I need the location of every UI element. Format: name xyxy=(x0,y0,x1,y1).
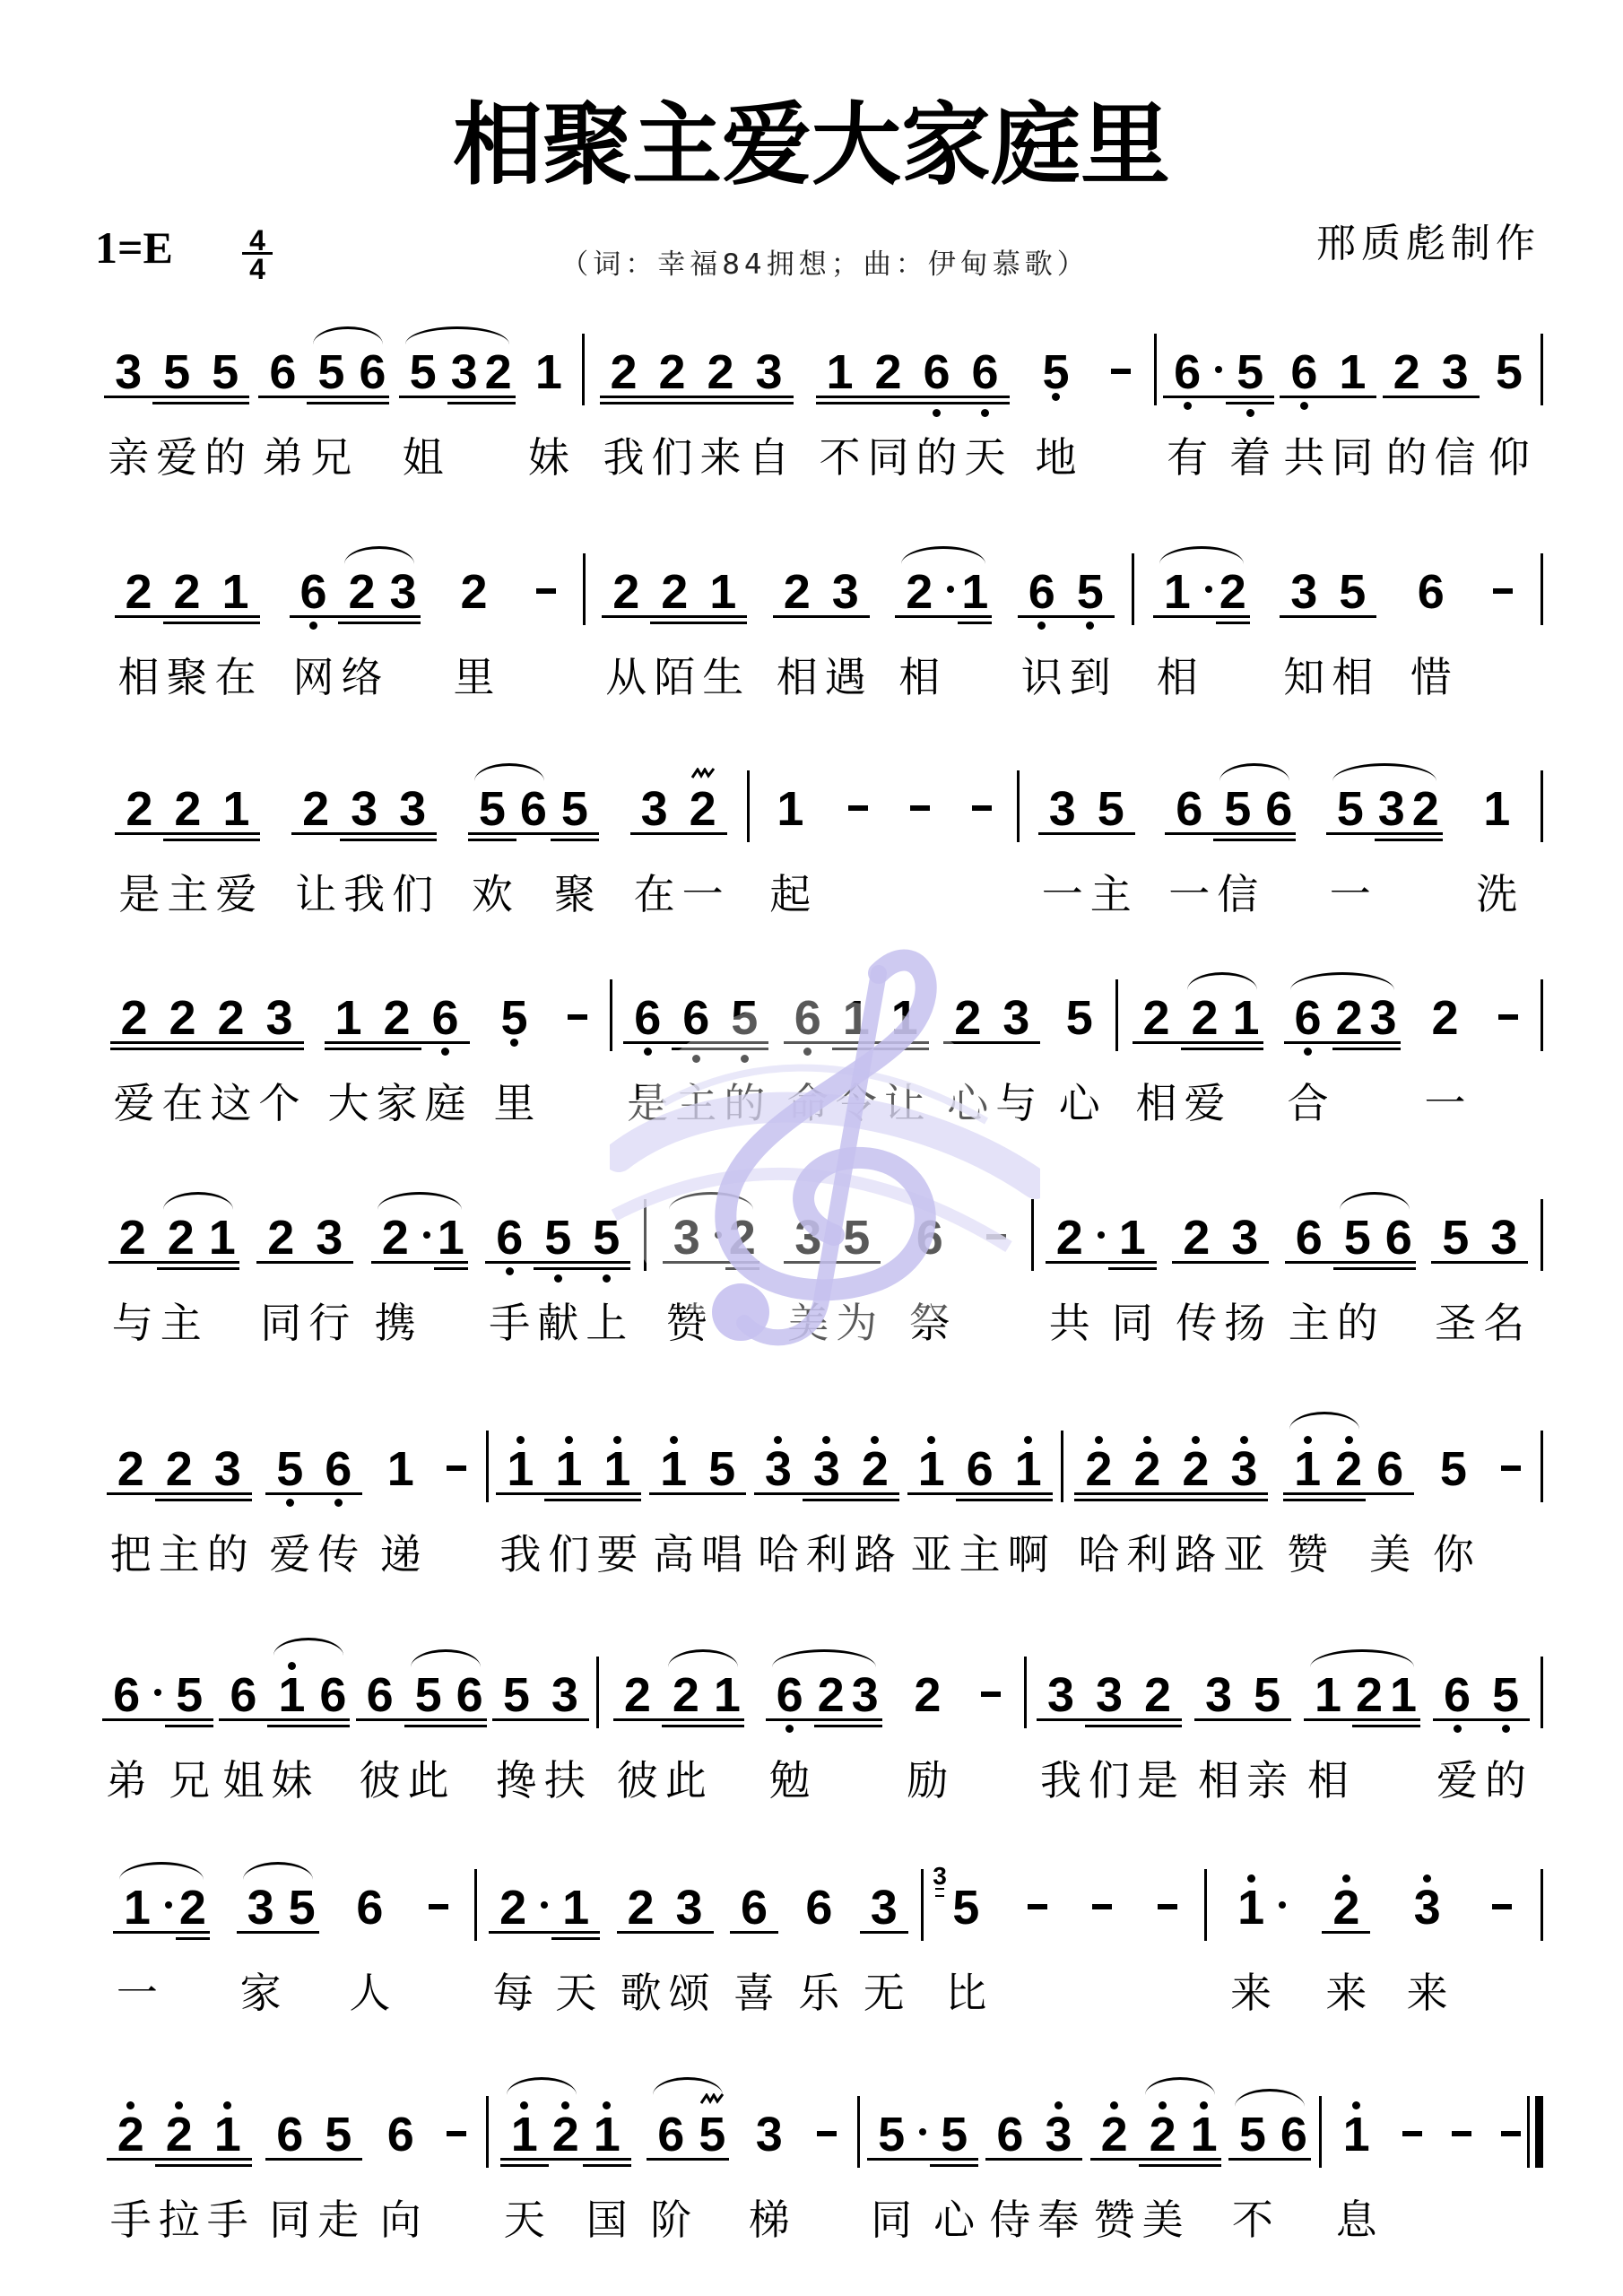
note: 6命 xyxy=(784,960,832,1139)
underline-beam xyxy=(1375,839,1409,841)
underline-beam xyxy=(1262,832,1296,835)
note-digit: 2 xyxy=(115,568,163,616)
note-digit: 3 xyxy=(305,1213,353,1262)
sustain-dash xyxy=(902,751,938,930)
note-digit: 3 xyxy=(256,994,304,1042)
note: 1 xyxy=(1229,960,1263,1139)
note-digit: 6 xyxy=(453,1671,487,1719)
underline-beam xyxy=(1280,396,1328,398)
underline-beam xyxy=(165,1725,213,1727)
note: 2来 xyxy=(697,314,745,493)
barline xyxy=(1541,1431,1543,1502)
beat-group: 3相5亲 xyxy=(1194,1637,1291,1816)
beat-group: 2每1天 xyxy=(489,1849,600,2029)
note: 2来 xyxy=(1322,1849,1370,2029)
note-digit: 1 xyxy=(816,348,864,396)
note-digit: 6 xyxy=(623,994,672,1042)
underline-beam xyxy=(537,1931,551,1934)
note-digit: 2 xyxy=(155,1445,204,1493)
slur: 6勉23 xyxy=(766,1637,882,1816)
note-digit: 2 xyxy=(662,1671,710,1719)
note-digit: 2 xyxy=(489,1883,537,1932)
note: 3相 xyxy=(1194,1637,1243,1816)
note-digit: 6 xyxy=(1163,348,1211,396)
beat-group: 3家5 xyxy=(237,1849,319,2029)
note: 1手 xyxy=(204,2076,252,2256)
note-digit: 2 xyxy=(159,994,207,1042)
underline-beam xyxy=(165,1718,213,1721)
note: 6 xyxy=(316,1637,350,1816)
note-digit: 3 xyxy=(204,1445,252,1493)
lyric-syllable: 惜 xyxy=(1410,655,1452,700)
note: 1不 xyxy=(816,314,864,493)
beat-group xyxy=(438,2076,474,2256)
underline-beam xyxy=(338,622,386,624)
underline-beam xyxy=(113,1931,161,1934)
beat-group: 3美5为 xyxy=(784,1179,881,1359)
underline-beam xyxy=(784,1261,832,1264)
beat-group: 5同5心 xyxy=(867,2076,978,2256)
beat-group: 5欢65聚 xyxy=(468,751,599,930)
lyric-syllable: 一 xyxy=(1330,872,1371,917)
dot-icon xyxy=(541,1901,548,1909)
underline-beam xyxy=(803,1492,851,1495)
lyric-syllable: 的 xyxy=(1485,1758,1526,1803)
beat-group xyxy=(560,960,595,1139)
slur: 1相21 xyxy=(1304,1637,1420,1816)
lyric-syllable: 手 xyxy=(110,2197,152,2242)
underline-beam xyxy=(516,832,551,835)
note: 6爱 xyxy=(1433,1637,1481,1816)
note: 2心 xyxy=(943,960,992,1139)
lyric-syllable: 你 xyxy=(1433,1532,1474,1577)
note: 5欢 xyxy=(468,751,516,930)
underline-beam xyxy=(956,1499,1004,1501)
note-digit: 6 xyxy=(985,2110,1034,2159)
score-line: 2爱2在2这3个1大2家6庭5里6是6主5的6命1令1让2心3与5心2相2爱16… xyxy=(94,960,1541,1139)
note-digit: 2 xyxy=(814,1671,848,1719)
underline-beam xyxy=(958,615,992,618)
slur: 5欢6 xyxy=(468,751,551,930)
lyric-syllable: 大 xyxy=(328,1081,369,1126)
note: 3亲 xyxy=(104,314,152,493)
note-digit: 3 xyxy=(1034,2110,1082,2159)
underline-beam xyxy=(582,1261,630,1264)
lyric-syllable: 网 xyxy=(293,655,334,700)
note: 6 xyxy=(1277,2076,1311,2256)
note: 1们 xyxy=(544,1411,593,1590)
note: 2路 xyxy=(1171,1411,1219,1590)
note-digit: 1 xyxy=(325,994,373,1042)
mordent-icon xyxy=(700,2093,724,2104)
lyric-syllable: 心 xyxy=(1059,1081,1100,1126)
note-digit: 6 xyxy=(1018,568,1066,616)
underline-beam xyxy=(583,2158,631,2161)
note-digit: 3 xyxy=(992,994,1040,1042)
note: 3亚 xyxy=(1219,1411,1268,1590)
time-signature-numerator: 4 xyxy=(240,226,274,255)
note-digit: 2 xyxy=(1421,994,1470,1042)
measure: 6是6主5的6命1令1让2心3与5心 xyxy=(611,960,1116,1139)
beat-group: 1大2家6庭 xyxy=(325,960,470,1139)
note: 1妹 xyxy=(525,314,573,493)
underline-beam xyxy=(1229,1048,1263,1050)
dot-icon xyxy=(1098,1231,1105,1239)
note-digit: 1 xyxy=(1386,1671,1420,1719)
note: 2爱 xyxy=(110,960,159,1139)
lyric-syllable: 相 xyxy=(1307,1758,1349,1803)
note-digit: 5 xyxy=(1066,568,1115,616)
underline-beam xyxy=(649,1492,698,1495)
low-octave-dot-icon xyxy=(603,1274,611,1283)
note-digit: 3 xyxy=(745,348,794,396)
underline-beam xyxy=(821,615,870,618)
lyric-syllable: 洗 xyxy=(1476,872,1517,917)
score-line: 2相2聚1在6网2络32里2从2陌1生2相3遇2相16识5到1相23知5相6惜 xyxy=(94,534,1541,713)
lyric-syllable: 来 xyxy=(700,435,742,480)
note: 6同 xyxy=(265,2076,314,2256)
note-digit: 6 xyxy=(377,2110,425,2159)
note: 1天 xyxy=(500,2076,549,2256)
note: 6祭 xyxy=(906,1179,954,1359)
note-digit: 3 xyxy=(1220,1213,1269,1262)
underline-beam xyxy=(500,2164,549,2167)
lyric-syllable: 扶 xyxy=(544,1758,586,1803)
note-digit: 2 xyxy=(613,1671,662,1719)
measures-row: 3亲5爱5的6弟5兄65姐321妹2我2们2来3自1不2同6的6天5地6有5着6… xyxy=(94,314,1541,493)
underline-beam xyxy=(207,1041,256,1044)
note-digit: 2 xyxy=(157,1213,205,1262)
lyric-syllable: 们 xyxy=(548,1532,589,1577)
note: 2拉 xyxy=(155,2076,204,2256)
lyric-syllable: 国 xyxy=(586,2197,628,2242)
note: 2相 xyxy=(773,534,821,713)
note: 5聚 xyxy=(551,751,599,930)
underline-beam xyxy=(1202,615,1216,618)
lyric-syllable: 喜 xyxy=(733,1970,775,2015)
note: 1国 xyxy=(583,2076,631,2256)
note: 2是 xyxy=(1133,1637,1182,1816)
note: 5为 xyxy=(832,1179,881,1359)
lyric-syllable: 同 xyxy=(260,1300,301,1345)
beat-group xyxy=(438,1411,474,1590)
underline-beam xyxy=(307,402,355,404)
underline-beam xyxy=(482,396,516,398)
note: 1大 xyxy=(325,960,373,1139)
underline-beam xyxy=(913,402,961,404)
underline-beam xyxy=(697,396,745,398)
lyric-syllable: 此 xyxy=(408,1758,449,1803)
underline-beam xyxy=(453,1718,487,1721)
note: 5信 xyxy=(1213,751,1262,930)
underline-beam xyxy=(1074,1499,1123,1501)
lyric-syllable: 爱 xyxy=(1185,1081,1226,1126)
lyric-syllable: 传 xyxy=(317,1532,359,1577)
lyric-syllable: 天 xyxy=(504,2197,545,2242)
underline-beam xyxy=(1074,1492,1123,1495)
lyric-syllable: 聚 xyxy=(167,655,208,700)
note: 1令 xyxy=(832,960,881,1139)
underline-beam xyxy=(699,615,747,618)
note-digit: 2 xyxy=(943,994,992,1042)
note-digit: 2 xyxy=(1352,1671,1386,1719)
note-digit: 6 xyxy=(314,1445,362,1493)
lyric-syllable: 相 xyxy=(118,655,160,700)
lyric-syllable: 我 xyxy=(603,435,645,480)
underline-beam xyxy=(212,832,260,835)
note: 2传 xyxy=(1172,1179,1220,1359)
note-digit: 6 xyxy=(1407,568,1455,616)
low-octave-dot-icon xyxy=(981,409,989,417)
lyric-syllable: 传 xyxy=(1176,1300,1217,1345)
underline-beam xyxy=(1262,839,1296,841)
dash-icon xyxy=(1452,2131,1471,2136)
lyric-syllable: 为 xyxy=(836,1300,877,1345)
slur: 1天2 xyxy=(500,2076,583,2256)
lyric-syllable: 哈 xyxy=(758,1532,799,1577)
underline-beam xyxy=(1352,1725,1386,1727)
note-digit: 1 xyxy=(832,994,881,1042)
note-digit: 1 xyxy=(267,1671,316,1719)
note-digit: 6 xyxy=(258,348,307,396)
note-digit: 2 xyxy=(903,1671,951,1719)
underline-beam xyxy=(549,2158,583,2161)
underline-beam xyxy=(204,2164,252,2167)
note: 1亚 xyxy=(907,1411,956,1590)
note-digit: 2 xyxy=(1074,1445,1123,1493)
note: 2一 xyxy=(1421,960,1470,1139)
barline xyxy=(1541,770,1543,842)
note: 2相 xyxy=(115,534,163,713)
lyric-syllable: 来 xyxy=(1407,1970,1448,2015)
beat-group xyxy=(1493,1411,1529,1590)
note-digit: 1 xyxy=(525,348,573,396)
note: 3们 xyxy=(388,751,437,930)
note-digit: 2 xyxy=(1332,994,1367,1042)
lyric-syllable: 在 xyxy=(215,655,256,700)
lyric-syllable: 手 xyxy=(489,1300,530,1345)
low-octave-dot-icon xyxy=(1300,402,1308,410)
beat-group: 3在2一 xyxy=(630,751,727,930)
note: 6 xyxy=(516,751,551,930)
note: 2的 xyxy=(1383,314,1431,493)
beat-group: 5搀3扶 xyxy=(492,1637,589,1816)
beat-group: 2里 xyxy=(450,534,499,713)
underline-beam xyxy=(1066,615,1115,618)
underline-beam xyxy=(544,1492,593,1495)
lyric-syllable: 妹 xyxy=(528,435,569,480)
underline-beam xyxy=(485,1261,534,1264)
lyric-syllable: 们 xyxy=(1089,1758,1130,1803)
lyric-syllable: 美 xyxy=(1369,1532,1410,1577)
note: 6天 xyxy=(961,314,1010,493)
underline-beam xyxy=(1181,1041,1229,1044)
note-digit: 3 xyxy=(386,568,421,616)
note-digit: 3 xyxy=(754,1445,803,1493)
measure: 2是2主1爱2让3我3们5欢65聚3在2一 xyxy=(94,751,748,930)
underline-beam xyxy=(851,1492,899,1495)
lyric-syllable: 上 xyxy=(586,1300,627,1345)
augmentation-dot xyxy=(1211,314,1226,493)
dash-icon xyxy=(817,2131,837,2136)
lyric-syllable: 乐 xyxy=(798,1970,839,2015)
underline-beam xyxy=(1285,1261,1333,1264)
lyric-syllable: 络 xyxy=(342,655,383,700)
arranger-credit: 邢质彪制作 xyxy=(1316,222,1541,266)
lyric-syllable: 歌 xyxy=(621,1970,662,2015)
lyric-syllable: 我 xyxy=(343,872,385,917)
beat-group: 2携1 xyxy=(371,1179,468,1359)
lyric-syllable: 利 xyxy=(806,1532,847,1577)
measure: 53比 xyxy=(922,1849,1205,2029)
note-digit: 2 xyxy=(1133,994,1181,1042)
note: 5的 xyxy=(1481,1637,1530,1816)
note: 2携 xyxy=(371,1179,420,1359)
beat-group xyxy=(809,2076,845,2256)
dash-icon xyxy=(848,805,868,811)
slur: 5的6 xyxy=(1333,1179,1416,1359)
underline-beam xyxy=(672,1048,720,1050)
sustain-dash xyxy=(560,960,595,1139)
underline-beam xyxy=(1123,1499,1171,1501)
underline-beam xyxy=(1213,839,1262,841)
note: 1递 xyxy=(377,1411,425,1590)
low-octave-dot-icon xyxy=(334,1499,343,1507)
score-line: 6弟5兄6姐1妹66彼5此65搀3扶2彼2此16勉232励3我3们2是3相5亲1… xyxy=(94,1637,1541,1816)
note: 3们 xyxy=(1085,1637,1133,1816)
beat-group: 5心 xyxy=(1055,960,1104,1139)
note-digit: 6 xyxy=(1277,2110,1311,2159)
measure: 2爱2在2这3个1大2家6庭5里 xyxy=(94,960,611,1139)
note-digit: 2 xyxy=(1216,568,1250,616)
underline-beam xyxy=(212,615,260,618)
augmentation-dot xyxy=(1094,1179,1108,1359)
sustain-dash xyxy=(1485,534,1521,713)
note: 3信 xyxy=(1431,314,1480,493)
note: 3我 xyxy=(340,751,388,930)
low-octave-dot-icon xyxy=(510,1039,518,1047)
underline-beam xyxy=(1108,1267,1157,1270)
note: 5此 xyxy=(404,1637,453,1816)
note-digit: 2 xyxy=(650,568,699,616)
lyric-syllable: 同 xyxy=(1332,435,1373,480)
measure: 1一23家56人 xyxy=(94,1849,475,2029)
measure: 2从2陌1生2相3遇2相16识5到 xyxy=(584,534,1133,713)
beat-group: 2同3行 xyxy=(256,1179,353,1359)
underline-beam xyxy=(1409,832,1443,835)
measure: 3一5主6一5信65一321洗 xyxy=(1018,751,1541,930)
augmentation-dot xyxy=(1202,534,1216,713)
note-digit: 1 xyxy=(113,1883,161,1932)
note-digit: 6 xyxy=(290,568,338,616)
low-octave-dot-icon xyxy=(1304,1048,1312,1056)
underline-beam xyxy=(711,1261,725,1264)
augmentation-dot xyxy=(943,534,958,713)
beat-group: 2把2主3的 xyxy=(107,1411,252,1590)
underline-beam xyxy=(496,1492,544,1495)
time-signature-denominator: 4 xyxy=(240,255,274,283)
note: 6彼 xyxy=(356,1637,404,1816)
note-digit: 1 xyxy=(1187,2110,1221,2159)
sheet-music-page: 相聚主爱大家庭里 1=E 4 4 （词：幸福84拥想；曲：伊甸慕歌） 邢质彪制作… xyxy=(0,0,1623,2296)
lyric-syllable: 祭 xyxy=(909,1300,950,1345)
note-digit: 2 xyxy=(617,1883,665,1932)
note: 1来 xyxy=(1227,1849,1275,2029)
underline-beam xyxy=(582,1267,630,1270)
note: 5的 xyxy=(720,960,768,1139)
note: 2相 xyxy=(1133,960,1181,1139)
low-octave-dot-icon xyxy=(554,1274,562,1283)
dot-icon xyxy=(1205,586,1212,593)
underline-beam xyxy=(1333,1267,1382,1270)
note: 5不 xyxy=(1228,2076,1277,2256)
note: 6传 xyxy=(314,1411,362,1590)
underline-beam xyxy=(1220,1261,1269,1264)
underline-beam xyxy=(107,1492,155,1495)
note: 2共 xyxy=(1046,1179,1094,1359)
underline-beam xyxy=(204,2158,252,2161)
lyric-syllable: 家 xyxy=(240,1970,282,2015)
note-digit: 1 xyxy=(881,994,929,1042)
note-digit: 2 xyxy=(1171,1445,1219,1493)
note: 6弟 xyxy=(102,1637,151,1816)
low-octave-dot-icon xyxy=(644,1048,652,1056)
underline-beam xyxy=(107,2158,155,2161)
dash-icon xyxy=(429,1904,448,1909)
underline-beam xyxy=(720,1041,768,1044)
underline-beam xyxy=(1328,615,1376,618)
beat-group: 6合23 xyxy=(1284,960,1401,1139)
note: 3扶 xyxy=(541,1637,589,1816)
low-octave-dot-icon xyxy=(1502,1725,1510,1733)
underline-beam xyxy=(500,2158,549,2161)
note-digit: 5 xyxy=(404,1671,453,1719)
sustain-dash xyxy=(978,1179,1014,1359)
beat-group: 6爱5的 xyxy=(1433,1637,1530,1816)
underline-beam xyxy=(956,1492,1004,1495)
slur: 2此1 xyxy=(662,1637,744,1816)
lyric-syllable: 美 xyxy=(787,1300,829,1345)
underline-beam xyxy=(256,1261,305,1264)
underline-beam xyxy=(267,1718,316,1721)
note: 5唱 xyxy=(698,1411,746,1590)
underline-beam xyxy=(1431,1261,1480,1264)
lyric-syllable: 利 xyxy=(1126,1532,1167,1577)
lyric-syllable: 圣 xyxy=(1435,1300,1476,1345)
dash-icon xyxy=(1111,369,1131,374)
lyric-syllable: 一 xyxy=(682,872,724,917)
lyric-syllable: 主 xyxy=(161,1300,202,1345)
underline-beam xyxy=(864,396,913,398)
note-digit: 5 xyxy=(720,994,768,1042)
note-digit: 5 xyxy=(942,1883,990,1932)
underline-beam xyxy=(1038,832,1087,835)
note: 6弟 xyxy=(258,314,307,493)
note-digit: 3 xyxy=(665,1883,714,1932)
lyric-syllable: 的 xyxy=(724,1081,765,1126)
dash-icon xyxy=(1493,588,1513,594)
note-digit: 5 xyxy=(314,2110,362,2159)
beat-group: 2赞2美1 xyxy=(1090,2076,1221,2256)
note-digit: 2 xyxy=(1046,1213,1094,1262)
note-digit: 6 xyxy=(265,2110,314,2159)
note-digit: 5 xyxy=(165,1671,213,1719)
note: 2 xyxy=(1216,534,1250,713)
underline-beam xyxy=(766,1718,814,1721)
underline-beam xyxy=(482,402,516,404)
note-digit: 6 xyxy=(356,1671,404,1719)
underline-beam xyxy=(648,396,697,398)
